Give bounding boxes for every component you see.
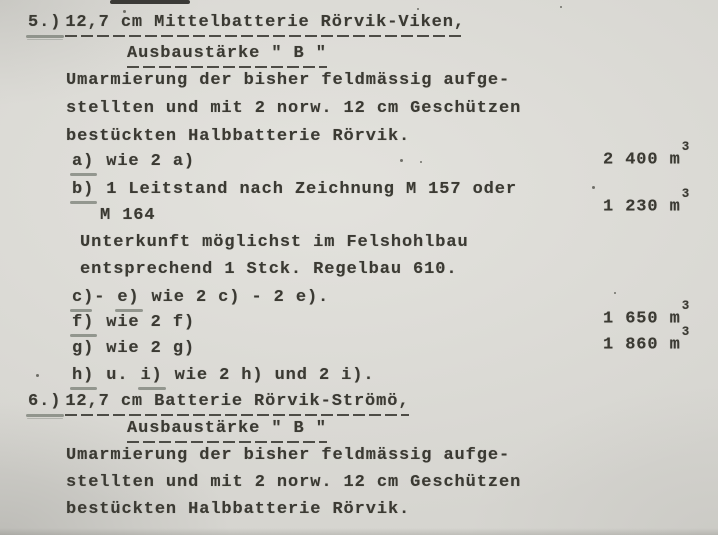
scan-speck [614, 292, 616, 294]
item-h-i-conjunction: u. [106, 366, 128, 385]
section-6-title: 12,7 cm Batterie Rörvik-Strömö, [65, 392, 409, 416]
item-c-marker: c)- [72, 288, 105, 307]
item-f-row: f) wie 2 f) [72, 313, 195, 332]
volume-value-a: 2 400 m3 [603, 147, 688, 170]
section-6-intro-line-3: bestückten Halbbatterie Rörvik. [66, 500, 410, 519]
volume-g-unit: m [670, 336, 681, 355]
item-a-marker: a) [72, 152, 94, 171]
volume-a-amount: 2 400 [603, 151, 659, 170]
item-h-marker: h) [72, 366, 94, 385]
scan-speck [400, 159, 403, 162]
item-g-row: g) wie 2 g) [72, 339, 195, 358]
volume-b-amount: 1 230 [603, 198, 659, 217]
scan-speck [420, 161, 422, 163]
volume-f-amount: 1 650 [603, 310, 659, 329]
item-b-marker: b) [72, 180, 94, 199]
note-line-2: entsprechend 1 Stck. Regelbau 610. [80, 260, 457, 279]
volume-g-amount: 1 860 [603, 336, 659, 355]
section-5-subtitle: Ausbaustärke " B " [127, 44, 327, 68]
item-f-text: wie 2 f) [106, 313, 195, 332]
section-6-number: 6.) [28, 392, 61, 411]
section-5-subtitle-row: Ausbaustärke " B " [127, 44, 327, 68]
volume-b-unit: m [670, 198, 681, 217]
item-f-marker: f) [72, 313, 94, 332]
item-h-i-text: wie 2 h) und 2 i). [175, 366, 375, 385]
ink-smudge-top [110, 0, 190, 4]
section-5-title: 12,7 cm Mittelbatterie Rörvik-Viken, [65, 13, 465, 37]
volume-f-exponent: 3 [682, 299, 690, 313]
item-g-text: wie 2 g) [106, 339, 195, 358]
section-6-intro-line-1: Umarmierung der bisher feldmässig aufge- [66, 446, 510, 465]
item-h-i-row: h) u. i) wie 2 h) und 2 i). [72, 366, 375, 385]
section-6-subtitle: Ausbaustärke " B " [127, 419, 327, 443]
item-i-marker: i) [140, 366, 162, 385]
scan-speck [417, 8, 419, 10]
section-6-intro-line-2: stellten und mit 2 norw. 12 cm Geschütze… [66, 473, 521, 492]
section-5-heading: 5.) 12,7 cm Mittelbatterie Rörvik-Viken, [28, 13, 465, 37]
volume-g-exponent: 3 [682, 325, 690, 339]
section-5-intro-line-3: bestückten Halbbatterie Rörvik. [66, 127, 410, 146]
section-5-intro-line-1: Umarmierung der bisher feldmässig aufge- [66, 71, 510, 90]
item-b-text: 1 Leitstand nach Zeichnung M 157 oder [106, 180, 517, 199]
item-a-row: a) wie 2 a) [72, 152, 195, 171]
volume-a-unit: m [670, 151, 681, 170]
section-5-number: 5.) [28, 13, 61, 32]
item-e-marker: e) [117, 288, 139, 307]
item-c-e-row: c)- e) wie 2 c) - 2 e). [72, 288, 329, 307]
volume-value-b: 1 230 m3 [603, 194, 688, 217]
section-6-subtitle-row: Ausbaustärke " B " [127, 419, 327, 443]
document-scan-page: 5.) 12,7 cm Mittelbatterie Rörvik-Viken,… [0, 0, 718, 535]
scan-speck [560, 6, 562, 8]
volume-a-exponent: 3 [682, 140, 690, 154]
item-a-text: wie 2 a) [106, 152, 195, 171]
section-6-heading: 6.) 12,7 cm Batterie Rörvik-Strömö, [28, 392, 409, 416]
item-b-continuation-row: M 164 [100, 206, 156, 225]
note-line-1: Unterkunft möglichst im Felshohlbau [80, 233, 469, 252]
volume-b-exponent: 3 [682, 187, 690, 201]
volume-value-g: 1 860 m3 [603, 332, 688, 355]
scan-speck [36, 374, 39, 377]
volume-f-unit: m [670, 310, 681, 329]
item-g-marker: g) [72, 339, 94, 358]
volume-value-f: 1 650 m3 [603, 306, 688, 329]
item-c-e-text: wie 2 c) - 2 e). [152, 288, 330, 307]
item-b-row: b) 1 Leitstand nach Zeichnung M 157 oder [72, 180, 517, 199]
scan-speck [592, 186, 595, 189]
section-5-intro-line-2: stellten und mit 2 norw. 12 cm Geschütze… [66, 99, 521, 118]
item-b-continuation-text: M 164 [100, 206, 156, 225]
